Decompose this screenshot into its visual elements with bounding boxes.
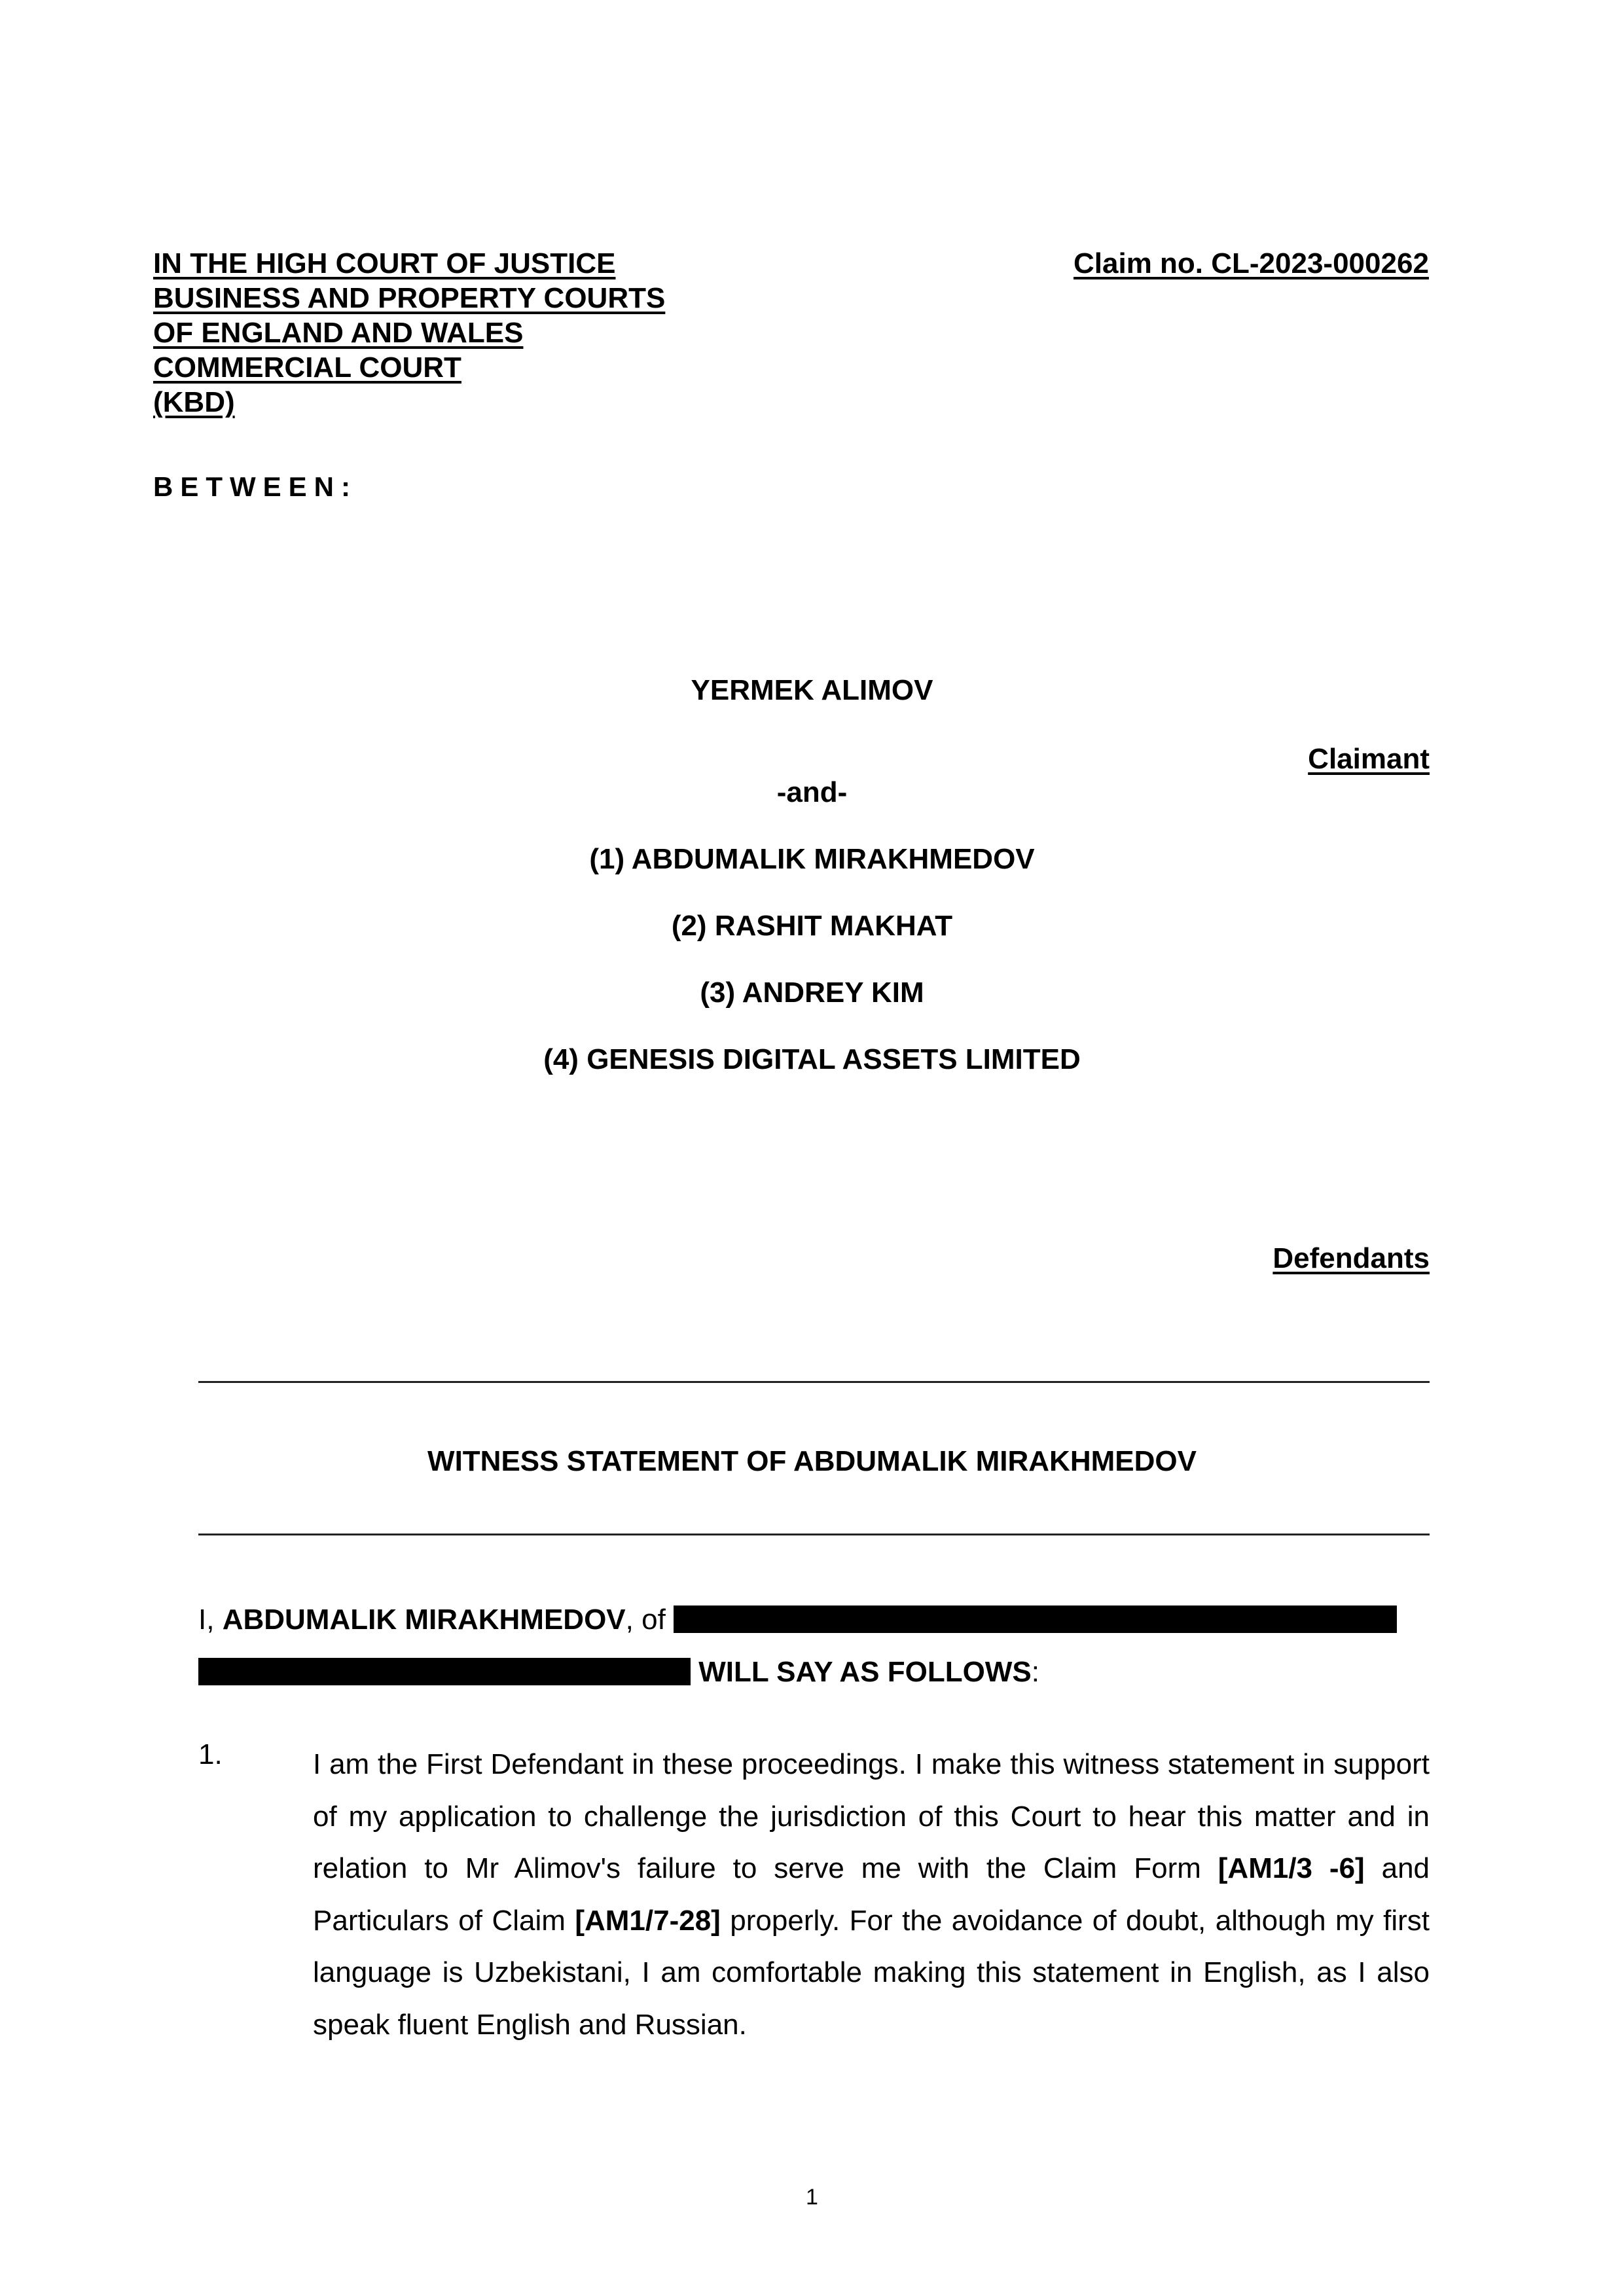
witness-name: ABDUMALIK MIRAKHMEDOV [223, 1604, 626, 1636]
court-heading-line: IN THE HIGH COURT OF JUSTICE [153, 246, 665, 281]
claim-number: Claim no. CL-2023-000262 [1074, 246, 1429, 281]
and-separator: -and- [0, 776, 1624, 809]
defendant-party: (1) ABDUMALIK MIRAKHMEDOV [0, 843, 1624, 876]
redacted-address-block [674, 1605, 1397, 1633]
witness-intro-line-1: I, ABDUMALIK MIRAKHMEDOV, of [198, 1604, 1430, 1636]
document-title: WITNESS STATEMENT OF ABDUMALIK MIRAKHMED… [0, 1445, 1624, 1478]
defendant-party: (4) GENESIS DIGITAL ASSETS LIMITED [0, 1043, 1624, 1076]
between-label: BETWEEN: [153, 471, 357, 503]
court-heading-line: OF ENGLAND AND WALES [153, 315, 665, 350]
intro-of: , of [626, 1604, 674, 1636]
defendant-party: (3) ANDREY KIM [0, 977, 1624, 1009]
redacted-address-block [198, 1658, 691, 1685]
defendants-role-label: Defendants [1178, 1242, 1430, 1275]
exhibit-reference: [AM1/3 -6] [1218, 1852, 1365, 1884]
will-say-colon: : [1032, 1656, 1039, 1688]
court-heading: IN THE HIGH COURT OF JUSTICE BUSINESS AN… [153, 246, 665, 420]
defendant-party: (2) RASHIT MAKHAT [0, 910, 1624, 942]
paragraph-number: 1. [198, 1738, 223, 1771]
paragraph-body: I am the First Defendant in these procee… [313, 1738, 1430, 2051]
title-divider-top [198, 1381, 1430, 1383]
will-say-label: WILL SAY AS FOLLOWS [698, 1656, 1031, 1688]
claimant-role-label: Claimant [1244, 743, 1430, 776]
witness-intro-line-2: WILL SAY AS FOLLOWS: [198, 1656, 1039, 1689]
paragraph-text: I am the First Defendant in these procee… [313, 1738, 1430, 2051]
court-heading-line: (KBD) [153, 385, 665, 420]
court-heading-line: BUSINESS AND PROPERTY COURTS [153, 281, 665, 315]
intro-prefix: I, [198, 1604, 223, 1636]
page-number: 1 [0, 2185, 1624, 2210]
claimant-name: YERMEK ALIMOV [0, 674, 1624, 707]
court-heading-line: COMMERCIAL COURT [153, 350, 665, 385]
exhibit-reference: [AM1/7-28] [575, 1905, 721, 1937]
title-divider-bottom [198, 1534, 1430, 1535]
